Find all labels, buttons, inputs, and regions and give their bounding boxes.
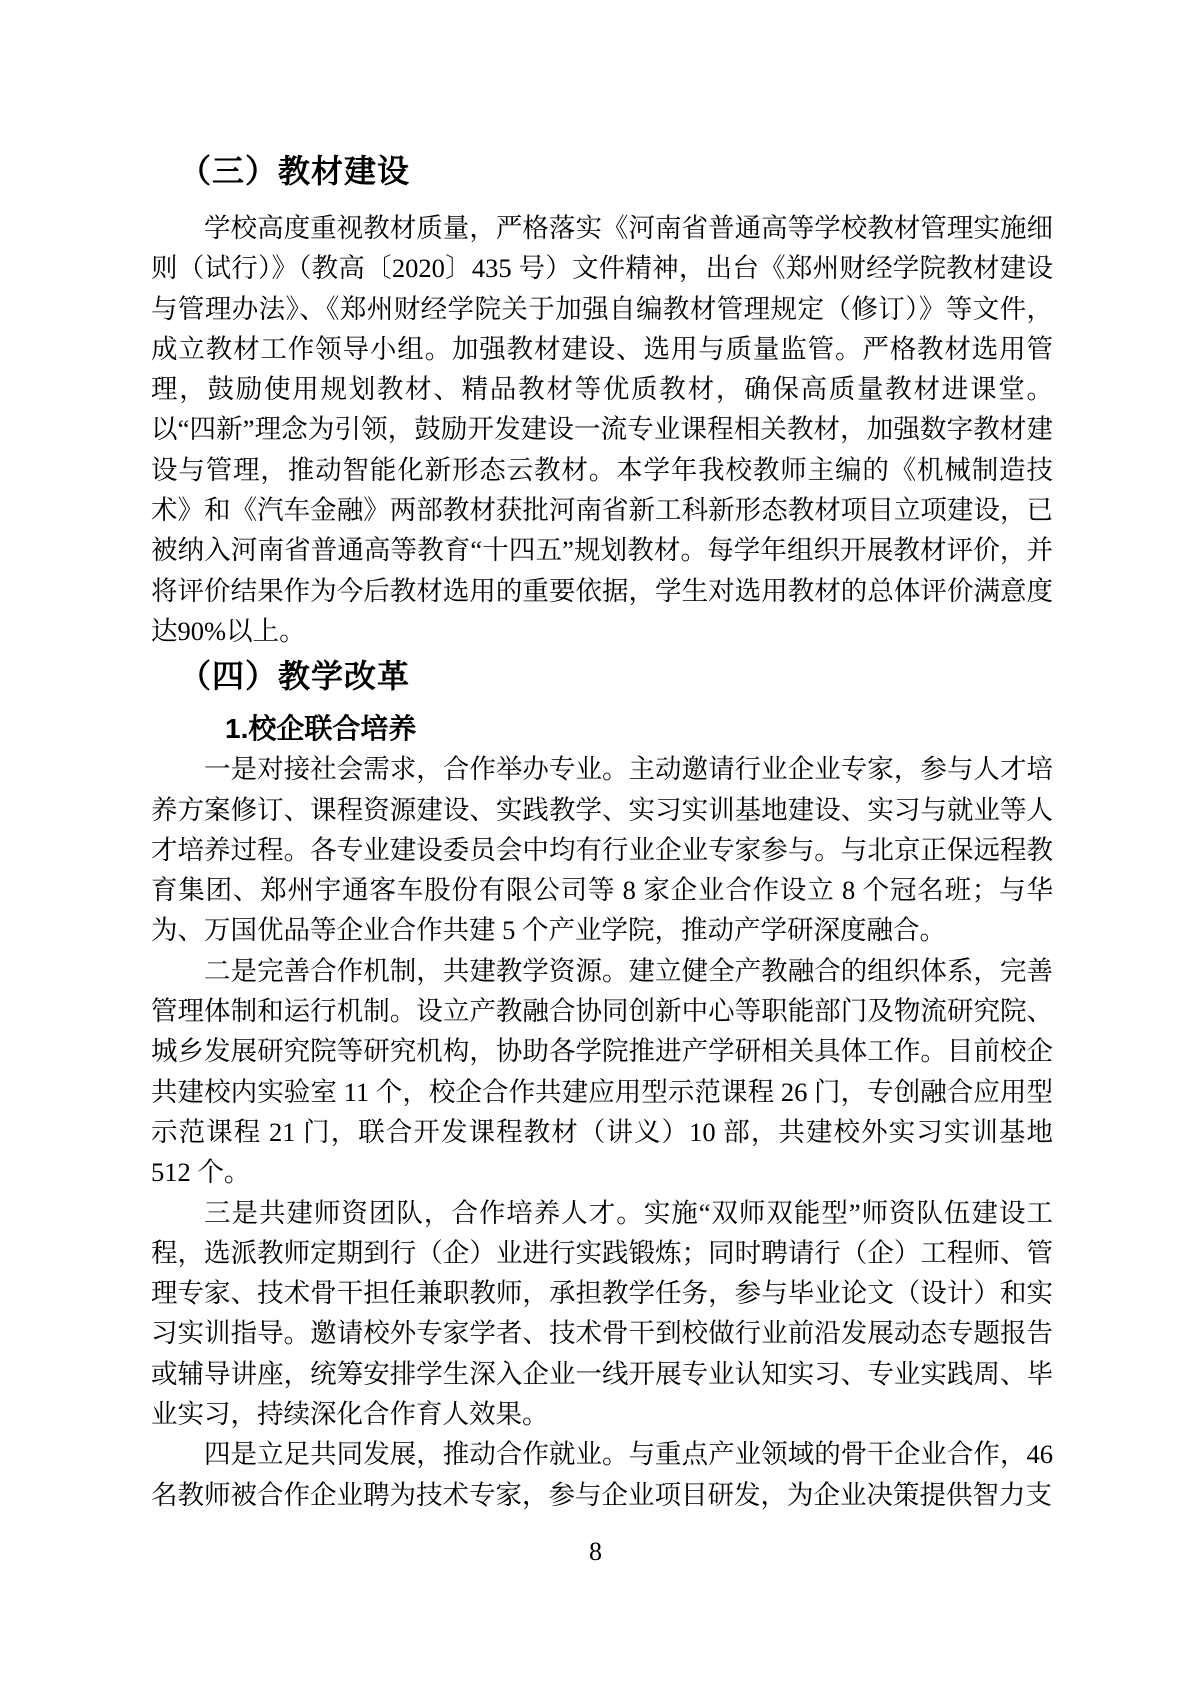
section-heading-3: （三）教材建设 [151,150,1053,192]
subsection-paragraph-1: 一是对接社会需求，合作举办专业。主动邀请行业企业专家，参与人才培养方案修订、课程… [151,749,1053,950]
document-page: （三）教材建设 学校高度重视教材质量，严格落实《河南省普通高等学校教材管理实施细… [0,0,1191,1684]
page-number: 8 [0,1537,1191,1567]
document-content: （三）教材建设 学校高度重视教材质量，严格落实《河南省普通高等学校教材管理实施细… [151,150,1053,1515]
section-3-paragraph: 学校高度重视教材质量，严格落实《河南省普通高等学校教材管理实施细则（试行）》（教… [151,208,1053,651]
subsection-paragraph-3: 三是共建师资团队，合作培养人才。实施“双师双能型”师资队伍建设工程，选派教师定期… [151,1193,1053,1435]
section-heading-4: （四）教学改革 [151,655,1053,697]
subsection-paragraph-4: 四是立足共同发展，推动合作就业。与重点产业领域的骨干企业合作，46 名教师被合作… [151,1434,1053,1515]
subsection-paragraph-2: 二是完善合作机制，共建教学资源。建立健全产教融合的组织体系，完善管理体制和运行机… [151,951,1053,1193]
subsection-heading-1: 1.校企联合培养 [151,709,1053,749]
